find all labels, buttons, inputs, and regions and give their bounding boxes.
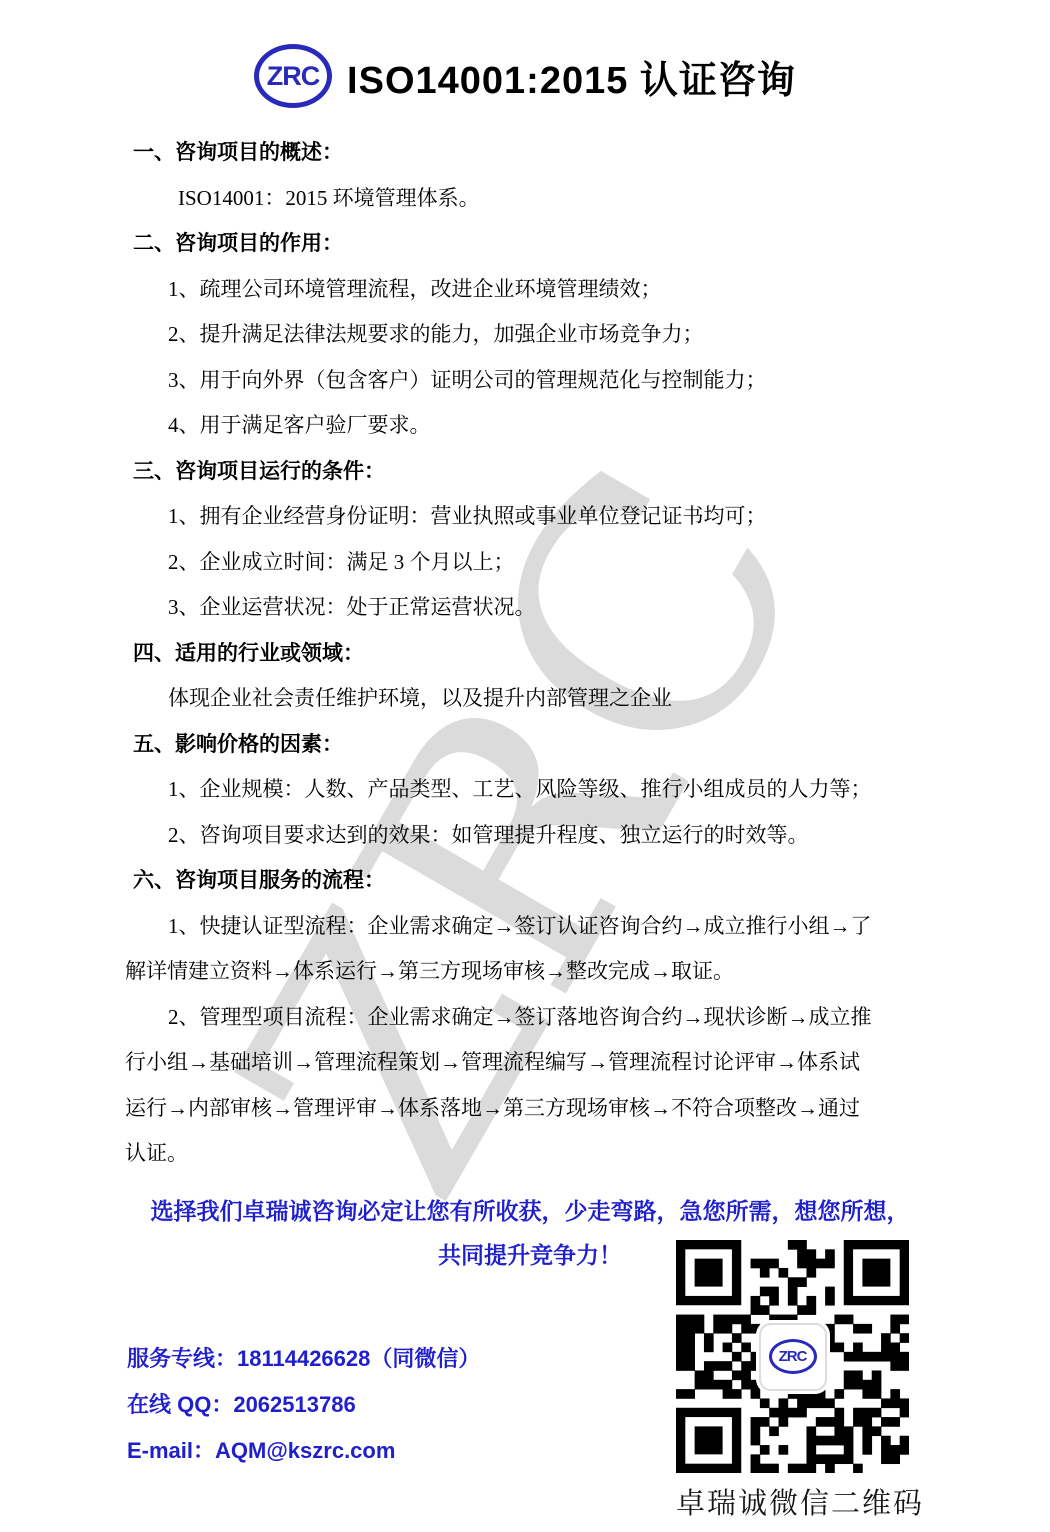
zrc-logo: ZRC bbox=[769, 1339, 817, 1374]
paragraph-line: 解详情建立资料→体系运行→第三方现场审核→整改完成→取证。 bbox=[125, 949, 937, 995]
contact-block: 服务专线：18114426628（同微信） 在线 QQ：2062513786 E… bbox=[127, 1336, 480, 1474]
paragraph-line: 行小组→基础培训→管理流程策划→管理流程编写→管理流程讨论评审→体系试 bbox=[125, 1040, 937, 1086]
section-2-heading: 二、咨询项目的作用： bbox=[133, 221, 937, 267]
list-item: 3、企业运营状况：处于正常运营状况。 bbox=[168, 585, 937, 631]
list-item: 1、疏理公司环境管理流程，改进企业环境管理绩效； bbox=[168, 267, 937, 313]
document-page: ZRC ZRC ISO14001:2015 认证咨询 一、咨询项目的概述： IS… bbox=[0, 0, 1050, 1532]
paragraph-line: 1、快捷认证型流程：企业需求确定→签订认证咨询合约→成立推行小组→了 bbox=[125, 904, 937, 950]
section-5-heading: 五、影响价格的因素： bbox=[133, 722, 937, 768]
online-qq: 在线 QQ：2062513786 bbox=[127, 1382, 480, 1428]
qr-code: ZRC bbox=[676, 1240, 909, 1473]
list-item: 2、咨询项目要求达到的效果：如管理提升程度、独立运行的时效等。 bbox=[168, 813, 937, 859]
zrc-logo-text: ZRC bbox=[779, 1349, 807, 1364]
list-item: 3、用于向外界（包含客户）证明公司的管理规范化与控制能力； bbox=[168, 358, 937, 404]
qr-center-logo: ZRC bbox=[759, 1323, 827, 1391]
zrc-logo-text: ZRC bbox=[267, 63, 320, 90]
promo-line: 选择我们卓瑞诚咨询必定让您有所收获，少走弯路，急您所需，想您所想， bbox=[120, 1190, 940, 1234]
email: E-mail：AQM@kszrc.com bbox=[127, 1428, 480, 1474]
page-title: ISO14001:2015 认证咨询 bbox=[347, 49, 796, 104]
list-item: 2、提升满足法律法规要求的能力，加强企业市场竞争力； bbox=[168, 312, 937, 358]
service-hotline: 服务专线：18114426628（同微信） bbox=[127, 1336, 480, 1382]
section-1-text: ISO14001：2015 环境管理体系。 bbox=[178, 176, 937, 222]
list-item: 1、拥有企业经营身份证明：营业执照或事业单位登记证书均可； bbox=[168, 494, 937, 540]
qr-caption: 卓瑞诚微信二维码 bbox=[676, 1481, 924, 1522]
list-item: 2、企业成立时间：满足 3 个月以上； bbox=[168, 540, 937, 586]
qr-block: ZRC 卓瑞诚微信二维码 bbox=[676, 1240, 924, 1522]
doc-header: ZRC ISO14001:2015 认证咨询 bbox=[0, 44, 1050, 108]
paragraph-line: 运行→内部审核→管理评审→体系落地→第三方现场审核→不符合项整改→通过 bbox=[125, 1086, 937, 1132]
section-4-heading: 四、适用的行业或领域： bbox=[133, 631, 937, 677]
paragraph-line: 认证。 bbox=[125, 1131, 937, 1177]
paragraph-line: 2、管理型项目流程：企业需求确定→签订落地咨询合约→现状诊断→成立推 bbox=[125, 995, 937, 1041]
section-1-heading: 一、咨询项目的概述： bbox=[133, 130, 937, 176]
section-6-heading: 六、咨询项目服务的流程： bbox=[133, 858, 937, 904]
section-4-text: 体现企业社会责任维护环境，以及提升内部管理之企业 bbox=[168, 676, 937, 722]
section-3-heading: 三、咨询项目运行的条件： bbox=[133, 449, 937, 495]
list-item: 4、用于满足客户验厂要求。 bbox=[168, 403, 937, 449]
document-body: 一、咨询项目的概述： ISO14001：2015 环境管理体系。 二、咨询项目的… bbox=[125, 130, 937, 1177]
zrc-logo: ZRC bbox=[254, 44, 332, 108]
list-item: 1、企业规模：人数、产品类型、工艺、风险等级、推行小组成员的人力等； bbox=[168, 767, 937, 813]
